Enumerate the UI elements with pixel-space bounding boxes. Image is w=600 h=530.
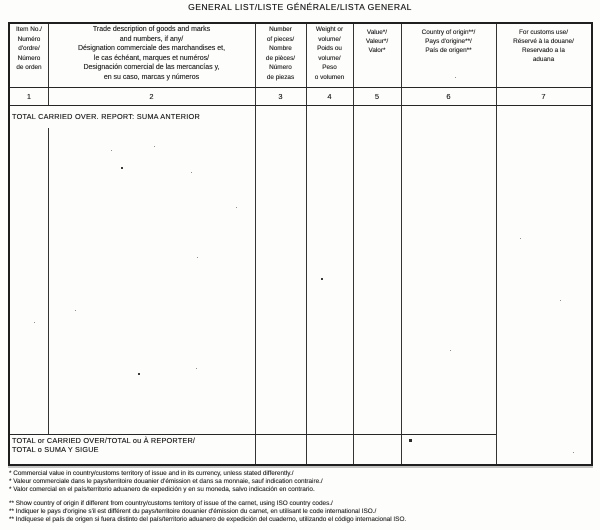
header-line: and numbers, if any/ xyxy=(48,35,255,45)
col-header-trade-description: Trade description of goods and marks and… xyxy=(48,25,255,83)
table-border-right xyxy=(591,22,593,466)
footnotes-commercial-value: * Commercial value in country/customs te… xyxy=(9,470,323,494)
footnote-line: * Commercial value in country/customs te… xyxy=(9,470,323,478)
header-line: Item No./ xyxy=(10,25,48,35)
header-line: Désignation commerciale des marchandises… xyxy=(48,44,255,54)
scanned-general-list-form: GENERAL LIST/LISTE GÉNÉRALE/LISTA GENERA… xyxy=(0,0,600,530)
col-header-value: Value*/ Valeur*/ Valor* xyxy=(353,28,401,55)
column-divider-1-body xyxy=(48,128,49,434)
header-line: de pièces/ xyxy=(255,54,306,64)
header-line: d'ordre/ xyxy=(10,44,48,54)
header-line: de orden xyxy=(10,63,48,73)
header-line: volume/ xyxy=(306,54,353,64)
header-line: Valor* xyxy=(353,46,401,55)
scan-speckle xyxy=(450,350,451,351)
header-line: Nombre xyxy=(255,44,306,54)
header-line: Value*/ xyxy=(353,28,401,37)
header-line: Number xyxy=(255,25,306,35)
col-number-4: 4 xyxy=(306,87,353,105)
col-number-2: 2 xyxy=(48,87,255,105)
scan-speckle xyxy=(34,322,35,323)
col-header-country-of-origin: Country of origin**/ Pays d'origine**/ P… xyxy=(401,28,496,55)
header-line: aduana xyxy=(496,55,591,64)
header-line: País de origen** xyxy=(401,46,496,55)
scan-speckle xyxy=(455,77,456,78)
header-line: volume/ xyxy=(306,35,353,45)
table-border-bottom xyxy=(8,464,593,466)
header-line: le cas échéant, marques et numéros/ xyxy=(48,54,255,64)
footnote-line: * Valor comercial en el país/territorio … xyxy=(9,486,323,494)
footnote-line: ** Indíquese el país de origen si fuera … xyxy=(9,516,406,524)
col-number-1: 1 xyxy=(10,87,48,105)
col-header-weight-or-volume: Weight or volume/ Poids ou volume/ Peso … xyxy=(306,25,353,83)
header-line: de piezas xyxy=(255,73,306,83)
scan-speckle xyxy=(520,238,521,239)
table-border-top xyxy=(8,22,593,24)
scan-speckle xyxy=(111,150,112,151)
header-line: Numéro xyxy=(10,35,48,45)
scan-speckle xyxy=(573,452,574,453)
header-line: Country of origin**/ xyxy=(401,28,496,37)
col-header-number-of-pieces: Number of pieces/ Nombre de pièces/ Núme… xyxy=(255,25,306,83)
total-bottom-line: TOTAL or CARRIED OVER/TOTAL ou À REPORTE… xyxy=(12,436,312,445)
scan-speckle xyxy=(321,278,323,280)
scan-speckle xyxy=(236,207,237,208)
header-line: en su caso, marcas y números xyxy=(48,73,255,83)
header-line: o volumen xyxy=(306,73,353,83)
header-line: Réservé à la douane/ xyxy=(496,37,591,46)
header-line: Número xyxy=(10,54,48,64)
footnotes-country-of-origin: ** Show country of origin if different f… xyxy=(9,500,406,524)
header-line: Peso xyxy=(306,63,353,73)
col-header-customs-use: For customs use/ Réservé à la douane/ Re… xyxy=(496,28,591,64)
col-number-5: 5 xyxy=(353,87,401,105)
scan-speckle xyxy=(121,167,123,169)
stray-ink-mark xyxy=(409,439,412,442)
total-bottom-row: TOTAL or CARRIED OVER/TOTAL ou À REPORTE… xyxy=(12,436,312,454)
header-line: Valeur*/ xyxy=(353,37,401,46)
total-carried-over-row: TOTAL CARRIED OVER. REPORT: SUMA ANTERIO… xyxy=(12,106,312,128)
scan-speckle xyxy=(154,146,155,147)
header-line: Weight or xyxy=(306,25,353,35)
col-header-item-no: Item No./ Numéro d'ordre/ Número de orde… xyxy=(10,25,48,73)
col-number-7: 7 xyxy=(496,87,591,105)
scan-speckle xyxy=(138,373,140,375)
header-line: For customs use/ xyxy=(496,28,591,37)
footnote-line: ** Indiquer le pays d'origine s'il est d… xyxy=(9,508,406,516)
total-bottom-line: TOTAL o SUMA Y SIGUE xyxy=(12,445,312,454)
scan-speckle xyxy=(75,310,76,311)
header-line: Pays d'origine**/ xyxy=(401,37,496,46)
footnote-line: ** Show country of origin if different f… xyxy=(9,500,406,508)
header-line: of pieces/ xyxy=(255,35,306,45)
header-line: Reservado a la xyxy=(496,46,591,55)
header-line: Designación comercial de las mercancías … xyxy=(48,63,255,73)
header-line: Trade description of goods and marks xyxy=(48,25,255,35)
scan-speckle xyxy=(196,368,197,369)
page-title: GENERAL LIST/LISTE GÉNÉRALE/LISTA GENERA… xyxy=(0,2,600,12)
col-number-3: 3 xyxy=(255,87,306,105)
scan-speckle xyxy=(191,172,192,173)
header-line: Poids ou xyxy=(306,44,353,54)
col-number-6: 6 xyxy=(401,87,496,105)
header-line: Número xyxy=(255,63,306,73)
footnote-line: * Valeur commerciale dans le pays/territ… xyxy=(9,478,323,486)
scan-speckle xyxy=(197,257,198,258)
scan-speckle xyxy=(560,300,561,301)
general-list-table: Item No./ Numéro d'ordre/ Número de orde… xyxy=(8,22,593,466)
